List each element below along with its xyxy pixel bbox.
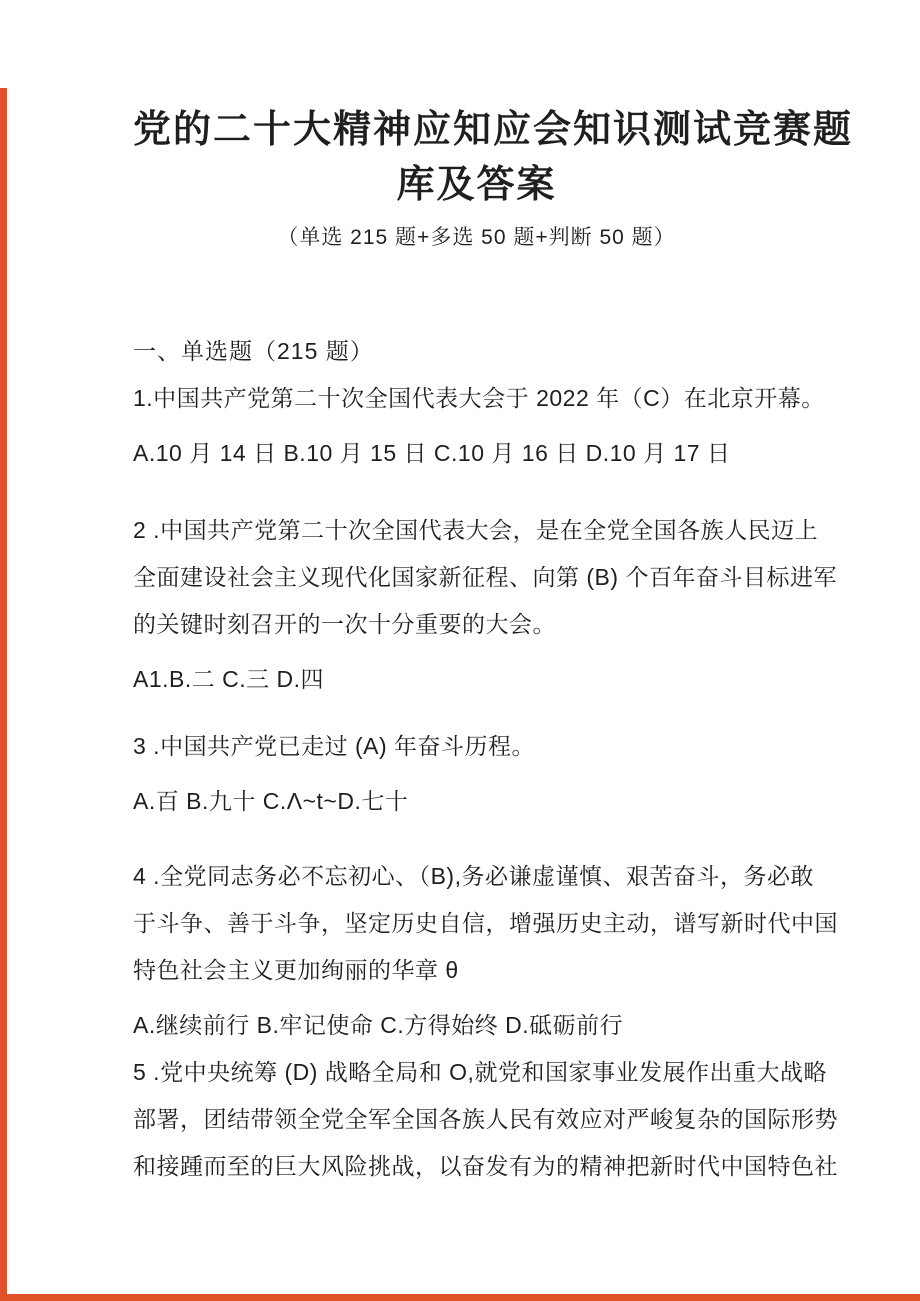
options-line: A.百 B.九十 C.Λ~t~D.七十: [133, 778, 820, 825]
document-title-line1: 党的二十大精神应知应会知识测试竞赛题: [133, 103, 820, 158]
page-content: 党的二十大精神应知应会知识测试竞赛题 库及答案 （单选 215 题+多选 50 …: [0, 103, 920, 1190]
options-line: A1.B.二 C.三 D.四: [133, 656, 820, 703]
question-line: 特色社会主义更加绚丽的华章 θ: [133, 947, 820, 994]
question-1: 1.中国共产党第二十次全国代表大会于 2022 年（C）在北京开幕。 A.10 …: [133, 375, 820, 477]
document-page: { "theme": { "page_bg": "#ffffff", "text…: [0, 0, 920, 1301]
question-count-subtitle: （单选 215 题+多选 50 题+判断 50 题）: [133, 223, 820, 253]
question-line: 部署，团结带领全党全军全国各族人民有效应对严峻复杂的国际形势: [133, 1096, 820, 1143]
options-line: A.继续前行 B.牢记使命 C.方得始终 D.砥砺前行: [133, 1002, 820, 1049]
question-line: 1.中国共产党第二十次全国代表大会于 2022 年（C）在北京开幕。: [133, 375, 820, 422]
question-4: 4 .全党同志务必不忘初心、（B),务必谦虚谨慎、艰苦奋斗，务必敢 于斗争、善于…: [133, 853, 820, 1049]
left-accent-bar: [0, 88, 7, 1301]
question-line: 的关键时刻召开的一次十分重要的大会。: [133, 601, 820, 648]
question-line: 和接踵而至的巨大风险挑战，以奋发有为的精神把新时代中国特色社: [133, 1143, 820, 1190]
question-2: 2 .中国共产党第二十次全国代表大会，是在全党全国各族人民迈上 全面建设社会主义…: [133, 507, 820, 703]
question-5: 5 .党中央统筹 (D) 战略全局和 O,就党和国家事业发展作出重大战略 部署，…: [133, 1049, 820, 1190]
question-3: 3 .中国共产党已走过 (A) 年奋斗历程。 A.百 B.九十 C.Λ~t~D.…: [133, 723, 820, 825]
section-heading: 一、单选题（215 题）: [133, 328, 820, 375]
question-line: 3 .中国共产党已走过 (A) 年奋斗历程。: [133, 723, 820, 770]
bottom-accent-bar: [0, 1294, 920, 1301]
options-line: A.10 月 14 日 B.10 月 15 日 C.10 月 16 日 D.10…: [133, 430, 820, 477]
document-title: 党的二十大精神应知应会知识测试竞赛题 库及答案: [133, 103, 820, 213]
question-line: 5 .党中央统筹 (D) 战略全局和 O,就党和国家事业发展作出重大战略: [133, 1049, 820, 1096]
question-line: 于斗争、善于斗争，坚定历史自信，增强历史主动，谱写新时代中国: [133, 900, 820, 947]
question-line: 2 .中国共产党第二十次全国代表大会，是在全党全国各族人民迈上: [133, 507, 820, 554]
document-title-line2: 库及答案: [133, 158, 820, 213]
question-line: 4 .全党同志务必不忘初心、（B),务必谦虚谨慎、艰苦奋斗，务必敢: [133, 853, 820, 900]
question-line: 全面建设社会主义现代化国家新征程、向第 (B) 个百年奋斗目标进军: [133, 554, 820, 601]
